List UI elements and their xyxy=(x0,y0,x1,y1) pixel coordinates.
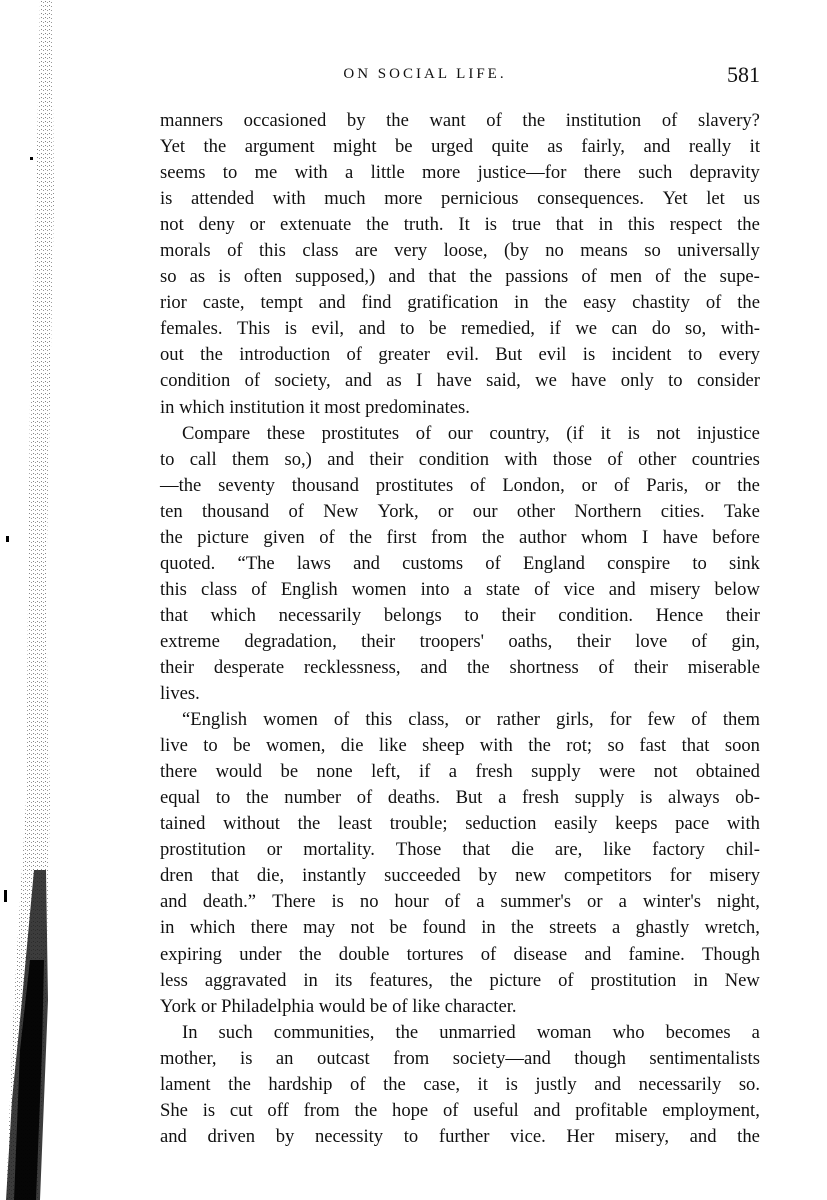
text-line: drenthatdie,instantlysucceededbynewcompe… xyxy=(160,863,760,889)
text-line: anddeath.”Thereisnohourofasummer'sorawin… xyxy=(160,889,760,915)
text-line: Insuchcommunities,theunmarriedwomanwhobe… xyxy=(160,1020,760,1046)
page-body-text: mannersoccasionedbythewantoftheinstituti… xyxy=(160,108,760,1150)
text-line: females.Thisisevil,andtoberemedied,ifwec… xyxy=(160,316,760,342)
text-line: soasisoftensupposed,)andthatthepassionso… xyxy=(160,264,760,290)
text-line: tocallthemso,)andtheirconditionwiththose… xyxy=(160,447,760,473)
running-head: ON SOCIAL LIFE. xyxy=(160,66,690,83)
text-line: notdenyorextenuatethetruth.Itistruethati… xyxy=(160,212,760,238)
text-line: prostitutionormortality.Thosethatdieare,… xyxy=(160,837,760,863)
text-line: equaltothenumberofdeaths.Butafreshsupply… xyxy=(160,785,760,811)
text-line: Comparetheseprostitutesofourcountry,(ifi… xyxy=(160,421,760,447)
text-line: anddrivenbynecessitytofurthervice.Hermis… xyxy=(160,1124,760,1150)
text-line: lessaggravatedinitsfeatures,thepictureof… xyxy=(160,968,760,994)
text-line: extremedegradation,theirtroopers'oaths,t… xyxy=(160,629,760,655)
text-line: York or Philadelphia would be of like ch… xyxy=(160,994,760,1020)
text-line: isattendedwithmuchmoreperniciousconseque… xyxy=(160,186,760,212)
text-line: “Englishwomenofthisclass,orrathergirls,f… xyxy=(160,707,760,733)
text-line: moralsofthisclassareveryloose,(bynomeans… xyxy=(160,238,760,264)
text-line: tenthousandofNewYork,orourotherNorthernc… xyxy=(160,499,760,525)
text-line: thatwhichnecessarilybelongstotheircondit… xyxy=(160,603,760,629)
text-line: Sheiscutofffromthehopeofusefulandprofita… xyxy=(160,1098,760,1124)
text-line: theirdesperaterecklessness,andtheshortne… xyxy=(160,655,760,681)
text-line: therewouldbenoneleft,ifafreshsupplyweren… xyxy=(160,759,760,785)
text-line: seemstomewithalittlemorejustice—forthere… xyxy=(160,160,760,186)
text-line: mannersoccasionedbythewantoftheinstituti… xyxy=(160,108,760,134)
text-line: Yettheargumentmightbeurgedquiteasfairly,… xyxy=(160,134,760,160)
text-line: outtheintroductionofgreaterevil.Butevili… xyxy=(160,342,760,368)
text-line: tainedwithouttheleasttrouble;seductionea… xyxy=(160,811,760,837)
page-number: 581 xyxy=(727,62,760,88)
text-line: inwhichtheremaynotbefoundinthestreetsagh… xyxy=(160,915,760,941)
text-line: riorcaste,temptandfindgratificationinthe… xyxy=(160,290,760,316)
scanned-page-gutter-shadow xyxy=(0,0,70,1200)
page-header: ON SOCIAL LIFE. 581 xyxy=(160,62,760,92)
text-line: conditionofsociety,andasIhavesaid,wehave… xyxy=(160,368,760,394)
text-line: expiringunderthedoubletorturesofdiseasea… xyxy=(160,942,760,968)
text-line: mother,isanoutcastfromsociety—andthoughs… xyxy=(160,1046,760,1072)
text-line: in which institution it most predominate… xyxy=(160,395,760,421)
text-line: thisclassofEnglishwomenintoastateofvicea… xyxy=(160,577,760,603)
text-line: —theseventythousandprostitutesofLondon,o… xyxy=(160,473,760,499)
text-line: lamentthehardshipofthecase,itisjustlyand… xyxy=(160,1072,760,1098)
text-line: thepicturegivenofthefirstfromtheauthorwh… xyxy=(160,525,760,551)
text-line: quoted.“ThelawsandcustomsofEnglandconspi… xyxy=(160,551,760,577)
text-line: lives. xyxy=(160,681,760,707)
text-line: livetobewomen,dielikesheepwiththerot;sof… xyxy=(160,733,760,759)
